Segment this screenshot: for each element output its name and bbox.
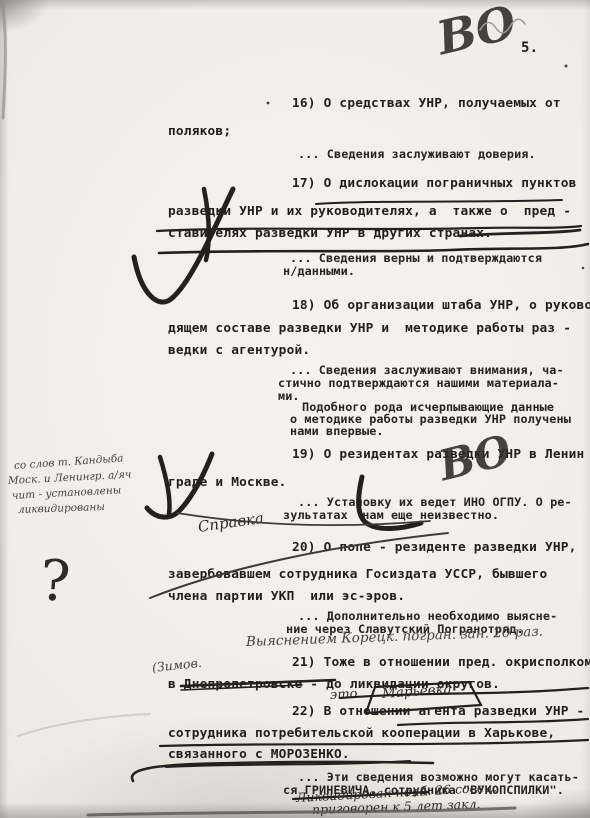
- handwritten-margin-note-line3: чит - установлены: [12, 484, 122, 502]
- page-number: 5.: [521, 40, 538, 56]
- typed-line-16-2: поляков;: [168, 124, 231, 139]
- typed-reply-17-1: ... Сведения верны и подтверждаются: [290, 251, 542, 265]
- typed-line-20-2: завербовавшем сотрудника Госиздата УССР,…: [168, 567, 547, 582]
- scanned-document-page: 5. 16) О средствах УНР, получаемых от по…: [0, 0, 590, 818]
- typed-line-18-2: дящем составе разведки УНР и методике ра…: [168, 321, 571, 336]
- typed-reply-18-1: ... Сведения заслуживают внимания, ча-: [290, 363, 564, 377]
- typed-line-16-1: 16) О средствах УНР, получаемых от: [292, 96, 561, 111]
- typed-line-18-3: ведки с агентурой.: [168, 343, 310, 358]
- handwritten-correction-zimov: (Зимов.: [151, 655, 202, 675]
- handwritten-question-mark: ?: [38, 548, 72, 615]
- typed-line-22-3: связанного с МОРОЗЕНКО.: [168, 747, 350, 762]
- typed-reply-18-3: ми.: [278, 389, 300, 403]
- typed-reply-16: ... Сведения заслуживают доверия.: [298, 147, 536, 161]
- typed-line-21-1: 21) Тоже в отношении пред. окрисполкома: [292, 655, 590, 670]
- typed-line-17-3: ставителях разведки УНР в других странах…: [168, 226, 492, 241]
- typed-line-20-1: 20) О попе - резиденте разведки УНР,: [292, 540, 577, 555]
- typed-reply-18-2: стично подтверждаются нашими материала-: [278, 376, 559, 390]
- typed-reply-20-1: ... Дополнительно необходимо выясне-: [298, 609, 557, 623]
- typed-line-17-1: 17) О дислокации пограничных пунктов: [292, 176, 577, 191]
- handwritten-boxed-name: Марьевка: [381, 681, 452, 702]
- handwritten-signature: Справка: [197, 509, 265, 536]
- typed-reply-19-1: ... Установку их ведет ИНО ОГПУ. О ре-: [298, 495, 572, 509]
- typed-reply-19-2: зультатах нам еще неизвестно.: [283, 508, 499, 522]
- typed-line-18-1: 18) Об организации штаба УНР, о руково-: [292, 298, 590, 313]
- typed-line-17-2: разведки УНР и их руководителях, а также…: [168, 204, 571, 219]
- typed-line-19-2: граде и Москве.: [168, 475, 287, 490]
- typed-line-20-3: члена партии УКП или эс-эров.: [168, 589, 405, 604]
- typed-line-22-2: сотрудника потребительской кооперации в …: [168, 726, 555, 741]
- typed-reply-17-2: н/данными.: [283, 264, 355, 278]
- handwritten-mark-top-right: ВО: [433, 0, 520, 61]
- typed-reply-18-6: нами впервые.: [290, 424, 384, 438]
- handwritten-mark-item-19: ВО: [435, 429, 515, 487]
- handwritten-margin-note-line4: ликвидированы: [18, 501, 105, 516]
- typed-line-22-1: 22) В отношении агента разведки УНР -: [292, 704, 584, 719]
- handwritten-eto: это: [330, 687, 358, 703]
